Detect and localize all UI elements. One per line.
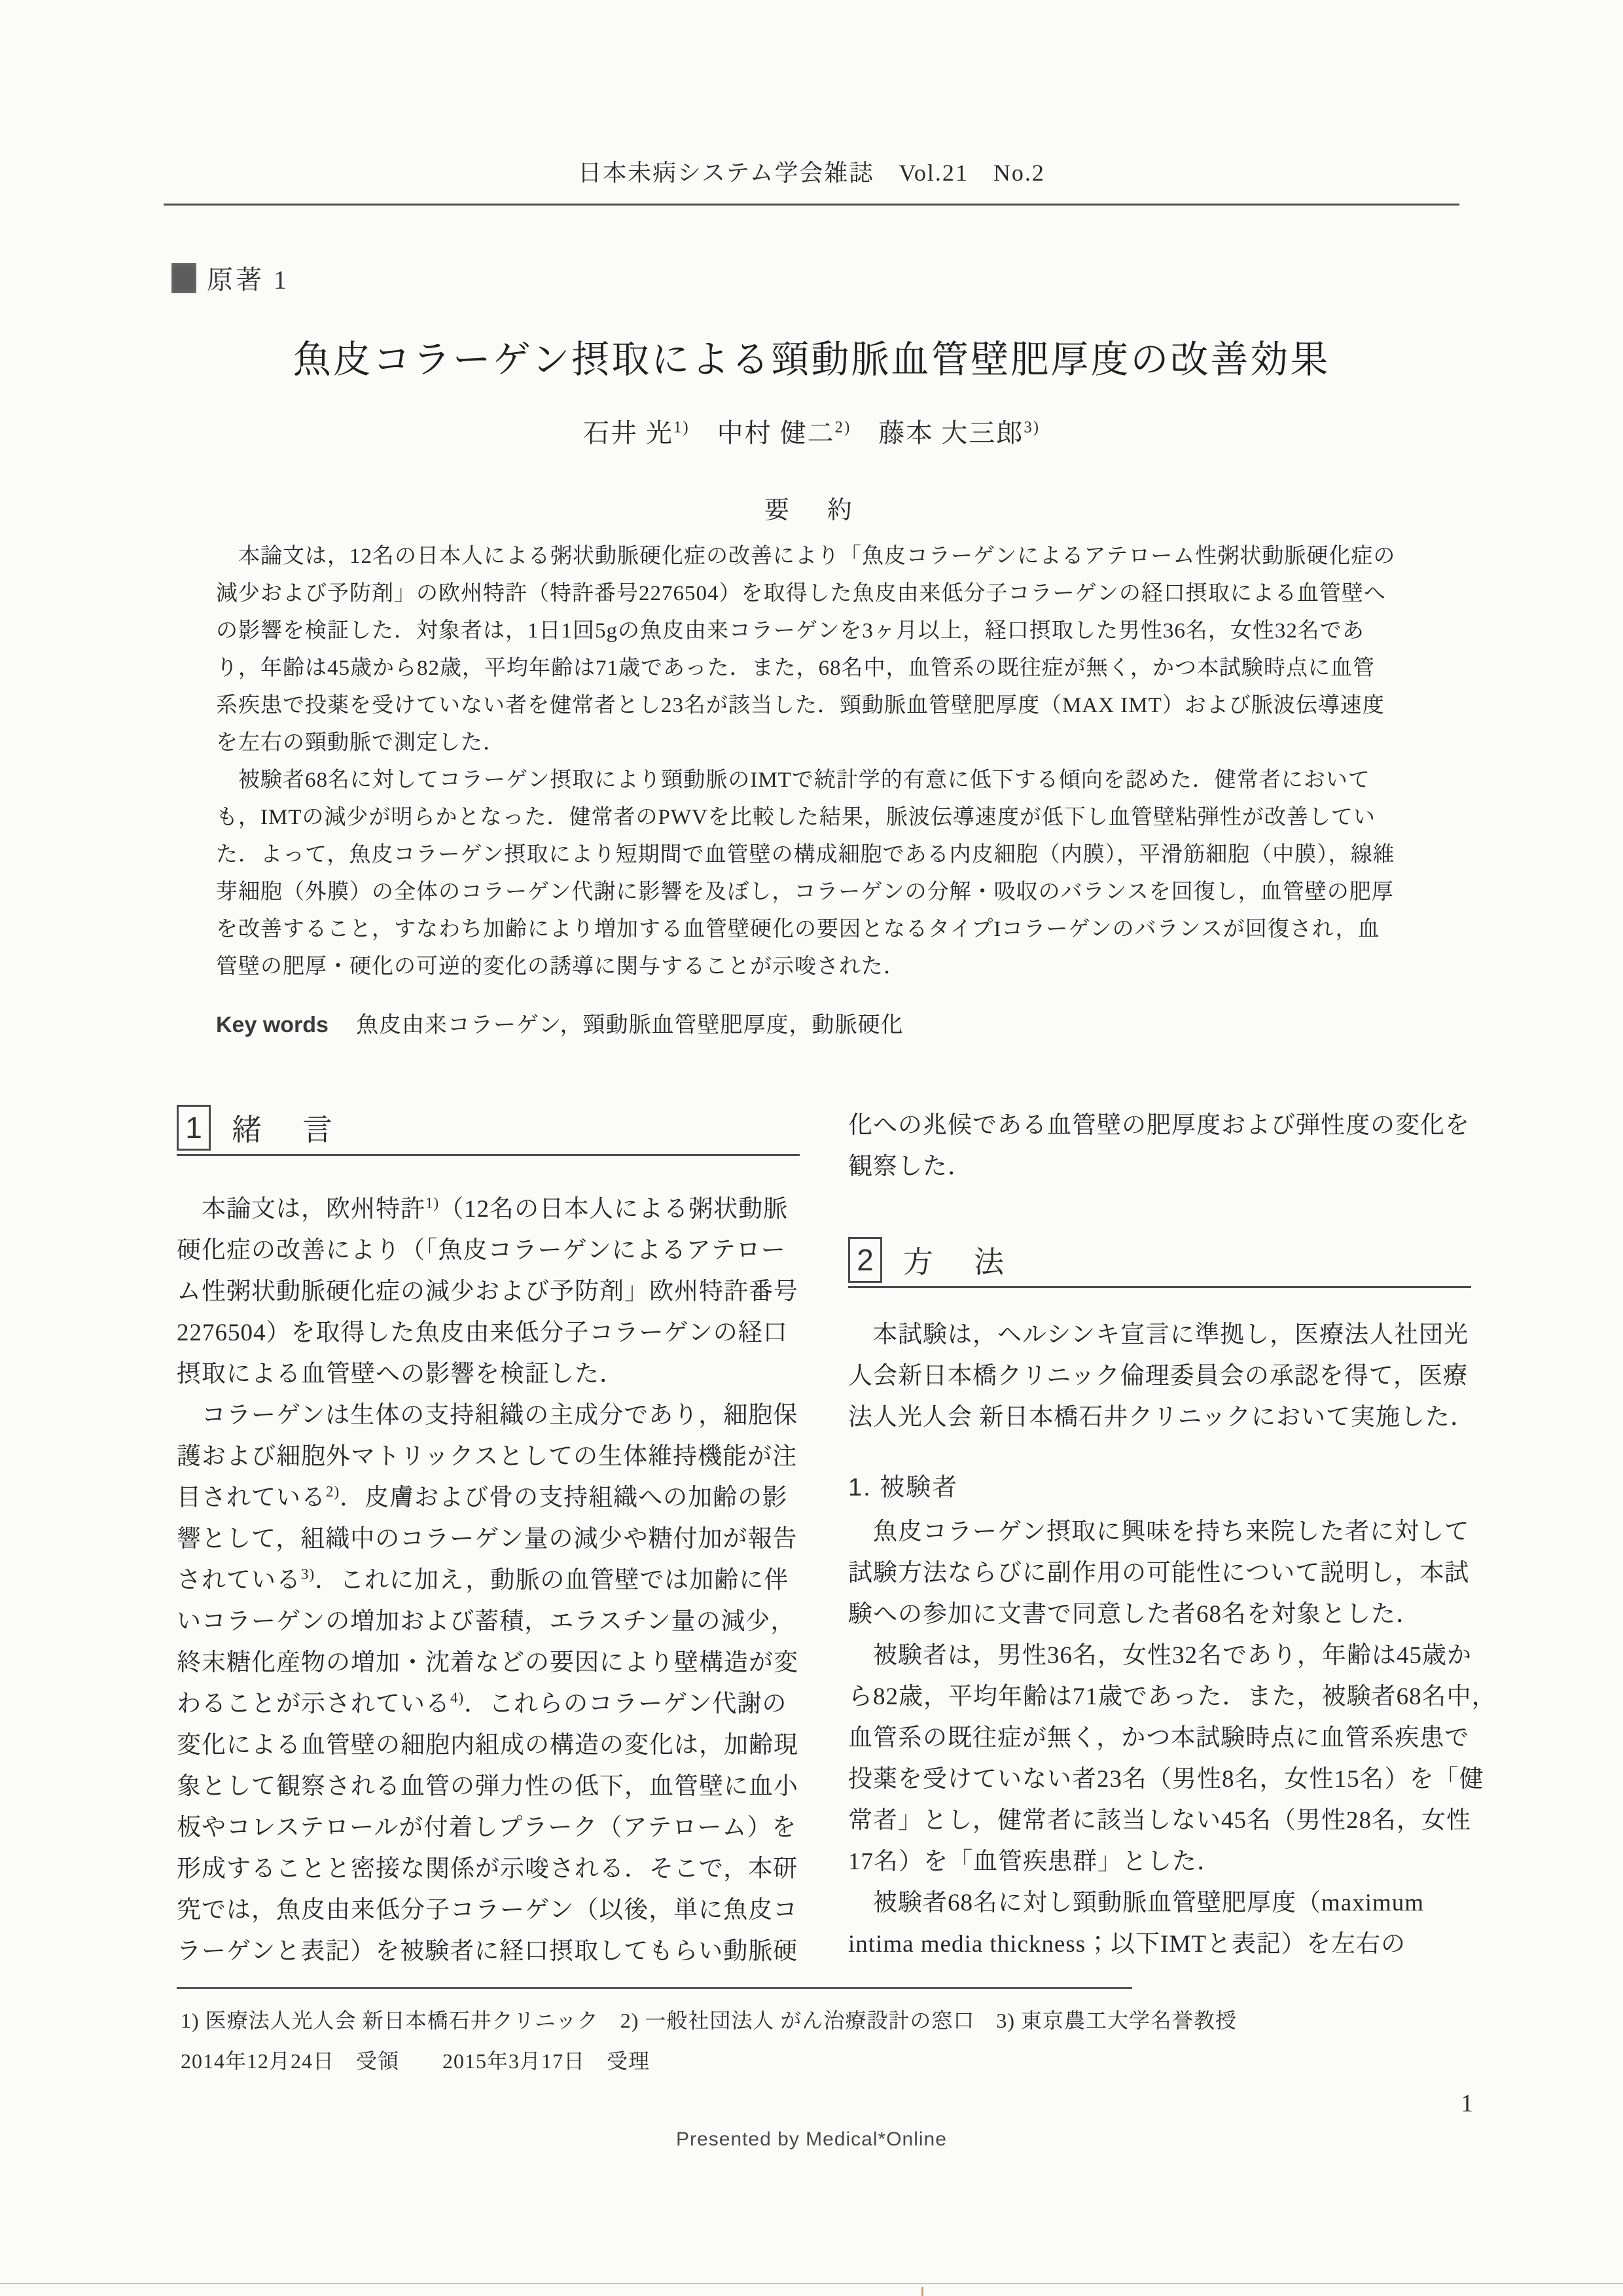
journal-header: 日本未病システム学会雑誌 Vol.21 No.2 bbox=[0, 154, 1623, 188]
footnotes: 1) 医療法人光人会 新日本橋石井クリニック 2) 一般社団法人 がん治療設計の… bbox=[181, 2000, 1237, 2081]
section-title-methods: 方 法 bbox=[903, 1241, 1009, 1283]
left-column: 1 緒 言 本論文は，欧州特許1)（12名の日本人による粥状動脈硬化症の改善によ… bbox=[177, 1105, 800, 1972]
scanned-paper-page: { "page": { "journal_header": "日本未病システム学… bbox=[0, 0, 1623, 2296]
abstract-heading: 要 約 bbox=[0, 490, 1623, 526]
keywords-row: Key words 魚皮由来コラーゲン，頸動脈血管壁肥厚度，動脈硬化 bbox=[216, 1007, 904, 1039]
section-heading-introduction: 1 緒 言 bbox=[177, 1105, 800, 1156]
introduction-text: 本論文は，欧州特許1)（12名の日本人による粥状動脈硬化症の改善により（「魚皮コ… bbox=[177, 1189, 800, 1972]
authors-line: 石井 光1) 中村 健二2) 藤本 大三郎3) bbox=[0, 412, 1623, 450]
section-number-1: 1 bbox=[177, 1105, 211, 1151]
header-rule bbox=[164, 204, 1459, 206]
article-type-text: 原著 1 bbox=[207, 259, 289, 296]
page-number: 1 bbox=[1461, 2089, 1473, 2118]
keywords-label: Key words bbox=[216, 1013, 329, 1038]
section-heading-methods: 2 方 法 bbox=[848, 1237, 1471, 1288]
article-type-label: 原著 1 bbox=[171, 259, 289, 296]
footnote-rule bbox=[177, 1987, 1132, 1989]
scan-artifact-tick bbox=[921, 2287, 923, 2296]
footer-note: Presented by Medical*Online bbox=[0, 2128, 1623, 2151]
right-column: 化への兆候である血管壁の肥厚度および弾性度の変化を観察した． 2 方 法 本試験… bbox=[848, 1105, 1471, 1965]
subjects-text: 魚皮コラーゲン摂取に興味を持ち来院した者に対して試験方法ならびに副作用の可能性に… bbox=[848, 1511, 1471, 1965]
page-title: 魚皮コラーゲン摂取による頸動脈血管壁肥厚度の改善効果 bbox=[0, 329, 1623, 384]
footnote-affiliations: 1) 医療法人光人会 新日本橋石井クリニック 2) 一般社団法人 がん治療設計の… bbox=[181, 2000, 1237, 2041]
article-type-square-icon bbox=[171, 263, 196, 293]
section-number-2: 2 bbox=[848, 1237, 882, 1283]
keywords-text: 魚皮由来コラーゲン，頸動脈血管壁肥厚度，動脈硬化 bbox=[356, 1007, 904, 1039]
footnote-dates: 2014年12月24日 受領 2015年3月17日 受理 bbox=[181, 2041, 1237, 2081]
scan-edge-line bbox=[0, 2283, 1623, 2284]
abstract-text: 本論文は，12名の日本人による粥状動脈硬化症の改善により「魚皮コラーゲンによるア… bbox=[216, 538, 1453, 986]
methods-text: 本試験は，ヘルシンキ宣言に準拠し，医療法人社団光人会新日本橋クリニック倫理委員会… bbox=[848, 1314, 1471, 1438]
subsection-heading-subjects: 1. 被験者 bbox=[848, 1472, 1471, 1503]
introduction-text-continued: 化への兆候である血管壁の肥厚度および弾性度の変化を観察した． bbox=[848, 1105, 1471, 1187]
section-title-introduction: 緒 言 bbox=[232, 1109, 338, 1151]
